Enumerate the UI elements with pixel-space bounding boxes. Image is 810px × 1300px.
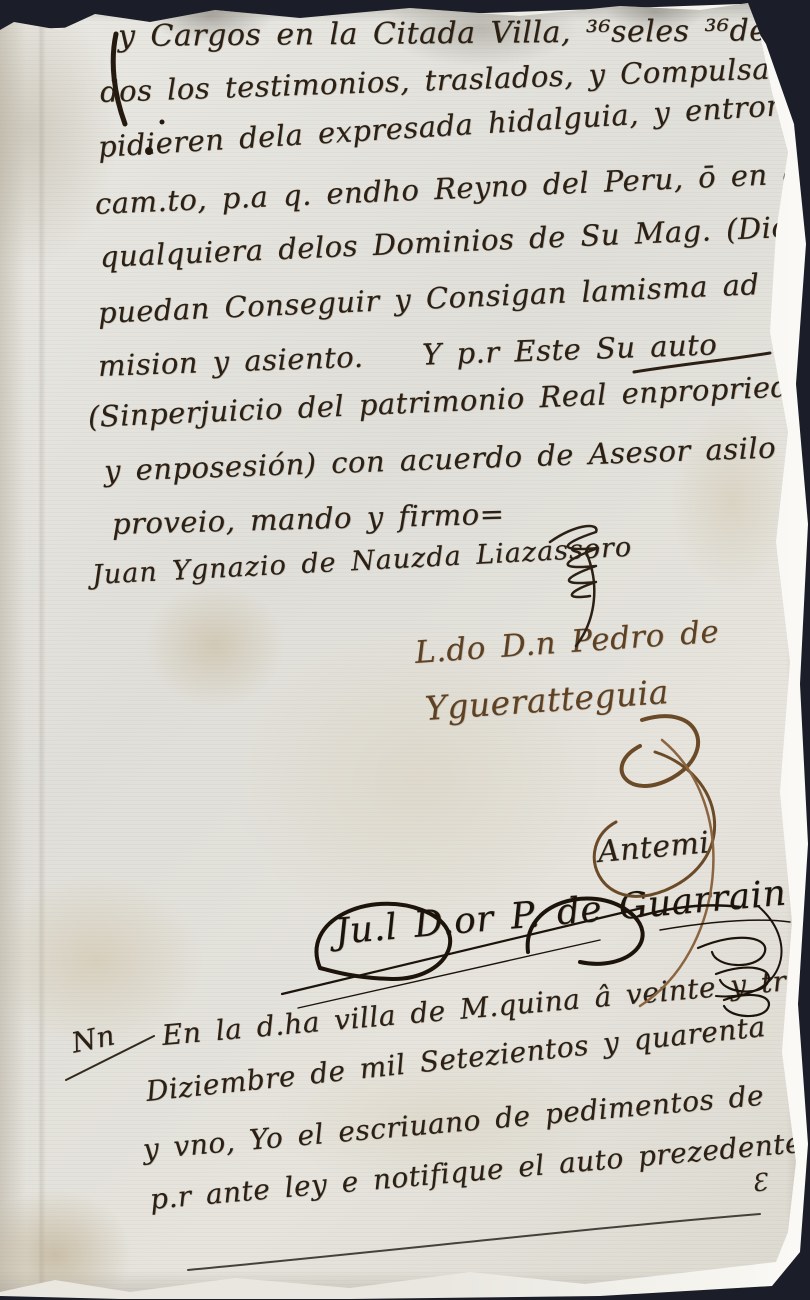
signature-notary: Ju.l D.or P. de Guarrain [333, 876, 787, 951]
manuscript-scan: y Cargos en la Citada Villa, ³⁶seles ³⁶d… [0, 0, 810, 1300]
manuscript-line-1: y Cargos en la Citada Villa, ³⁶seles ³⁶d… [118, 16, 810, 52]
manuscript-page: y Cargos en la Citada Villa, ³⁶seles ³⁶d… [0, 0, 810, 1300]
manuscript-line-8: (Sinperjuicio del patrimonio Real enprop… [87, 371, 810, 432]
manuscript-line-6: puedan Conseguir y Consigan lamisma ad [97, 270, 760, 328]
end-mark: Ɛ [750, 1170, 769, 1196]
manuscript-line-4: cam.to, p.a q. endho Reyno del Peru, ō e… [94, 157, 810, 219]
manuscript-line-5: qualquiera delos Dominios de Su Mag. (Di… [99, 207, 810, 272]
manuscript-line-7: mision y asiento. Y p.r Este Su auto [97, 330, 717, 381]
margin-notification-mark: Nn [69, 1021, 117, 1057]
signature-assessor-line-2: Ygueratteguia [424, 675, 670, 725]
signature-assessor-line-1: L.do D.n Pedro de [414, 617, 720, 669]
manuscript-line-9: y enposesión) con acuerdo de Asesor asil… [103, 434, 776, 486]
signature-judge: Juan Ygnazio de Nauzda Liazassoro [91, 534, 633, 589]
manuscript-line-10: proveio, mando y firmo= [112, 500, 505, 539]
ante-mi-label: Antemi [597, 828, 711, 868]
